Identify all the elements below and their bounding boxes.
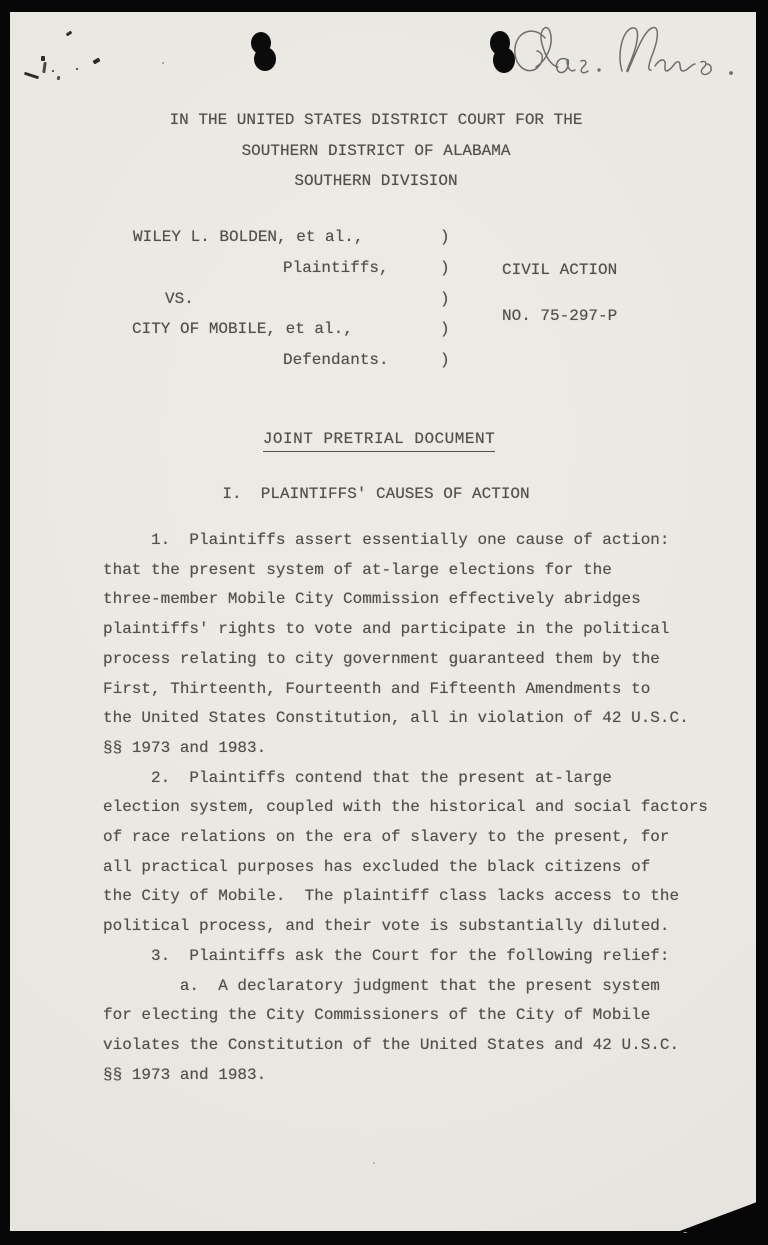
court-heading-line-1: IN THE UNITED STATES DISTRICT COURT FOR …: [3, 110, 749, 130]
document-line: violates the Constitution of the United …: [103, 1031, 708, 1061]
document-line: 2. Plaintiffs contend that the present a…: [103, 764, 708, 794]
ink-speck: [57, 76, 61, 81]
caption-bracket: ): [440, 289, 450, 309]
document-line: the City of Mobile. The plaintiff class …: [103, 882, 708, 912]
section-heading: I. PLAINTIFFS' CAUSES OF ACTION: [3, 484, 749, 504]
caption-bracket: ): [440, 319, 450, 339]
document-line: a. A declaratory judgment that the prese…: [103, 972, 708, 1002]
court-heading-line-2: SOUTHERN DISTRICT OF ALABAMA: [3, 141, 749, 161]
document-line: 3. Plaintiffs ask the Court for the foll…: [103, 942, 708, 972]
ink-speck: [52, 70, 54, 72]
scan-background: IN THE UNITED STATES DISTRICT COURT FOR …: [0, 0, 768, 1245]
document-line: 1. Plaintiffs assert essentially one cau…: [103, 526, 708, 556]
ink-speck: [92, 58, 100, 65]
document-page: IN THE UNITED STATES DISTRICT COURT FOR …: [10, 12, 756, 1231]
ink-speck: [42, 62, 46, 73]
court-heading-line-3: SOUTHERN DIVISION: [3, 171, 749, 191]
document-line: First, Thirteenth, Fourteenth and Fiftee…: [103, 675, 708, 705]
document-line: all practical purposes has excluded the …: [103, 853, 708, 883]
document-line: political process, and their vote is sub…: [103, 912, 708, 942]
document-line: for electing the City Commissioners of t…: [103, 1001, 708, 1031]
document-line: of race relations on the era of slavery …: [103, 823, 708, 853]
document-line: that the present system of at-large elec…: [103, 556, 708, 586]
hole-punch-left-icon: [248, 31, 278, 73]
caption-bracket: ): [440, 227, 450, 247]
caption-bracket: ): [440, 258, 450, 278]
document-body: 1. Plaintiffs assert essentially one cau…: [103, 526, 708, 1090]
page-fold-corner: [677, 1202, 757, 1232]
ink-speck: [41, 56, 45, 61]
ink-speck: [66, 31, 73, 37]
civil-action-label: CIVIL ACTION: [502, 260, 617, 280]
document-line: §§ 1973 and 1983.: [103, 1061, 708, 1091]
ink-speck: [373, 1162, 375, 1164]
document-line: the United States Constitution, all in v…: [103, 704, 708, 734]
case-number: NO. 75-297-P: [502, 306, 617, 326]
plaintiff-name: WILEY L. BOLDEN, et al.,: [133, 227, 363, 247]
caption-bracket: ): [440, 350, 450, 370]
document-title: JOINT PRETRIAL DOCUMENT: [263, 430, 495, 452]
ink-speck: [24, 72, 39, 79]
document-line: election system, coupled with the histor…: [103, 793, 708, 823]
handwriting-annotation: [503, 18, 755, 94]
document-line: process relating to city government guar…: [103, 645, 708, 675]
plaintiff-label: Plaintiffs,: [283, 258, 389, 278]
defendant-label: Defendants.: [283, 350, 389, 370]
document-title-row: JOINT PRETRIAL DOCUMENT: [6, 430, 752, 452]
document-line: three-member Mobile City Commission effe…: [103, 585, 708, 615]
ink-speck: [162, 62, 164, 64]
document-line: plaintiffs' rights to vote and participa…: [103, 615, 708, 645]
ink-speck: [76, 68, 78, 70]
document-line: §§ 1973 and 1983.: [103, 734, 708, 764]
defendant-name: CITY OF MOBILE, et al.,: [132, 319, 353, 339]
versus-label: VS.: [165, 289, 194, 309]
